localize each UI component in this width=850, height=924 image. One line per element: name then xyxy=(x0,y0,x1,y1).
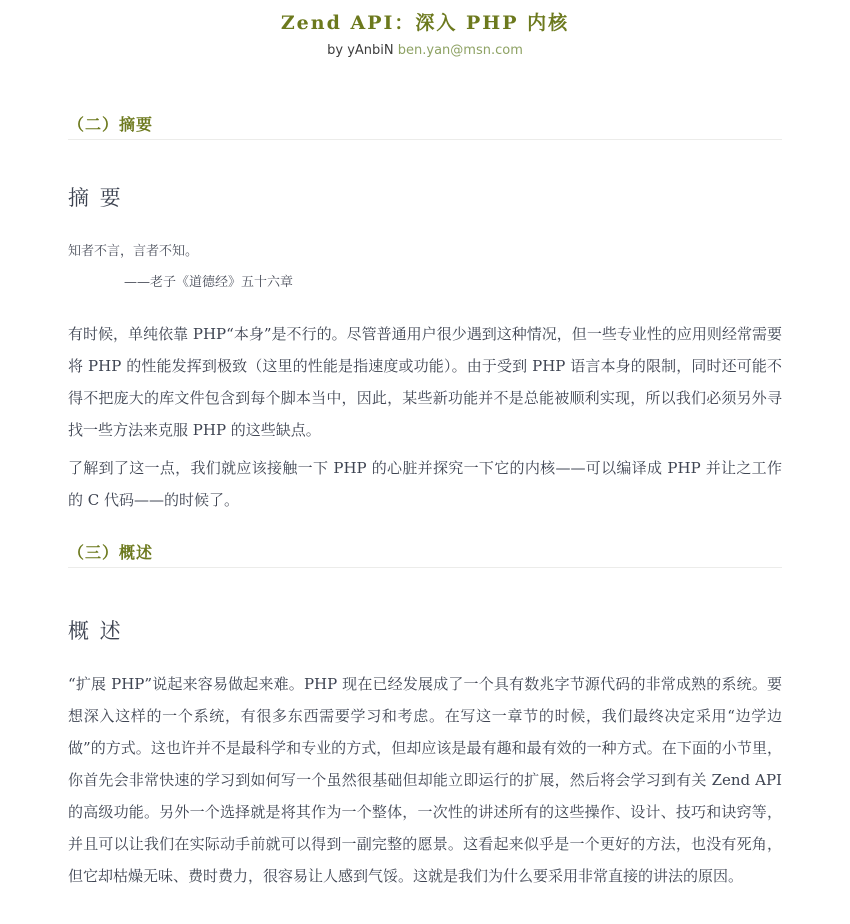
paragraph-abstract-2: 了解到了这一点，我们就应该接触一下 PHP 的心脏并探究一下它的内核——可以编译… xyxy=(68,452,782,516)
subsection-title-abstract: 摘 要 xyxy=(68,185,782,211)
paragraph-abstract-1: 有时候，单纯依靠 PHP“本身”是不行的。尽管普通用户很少遇到这种情况，但一些专… xyxy=(68,318,782,446)
page-title: Zend API：深入 PHP 内核 xyxy=(68,12,782,34)
paragraph-overview-1: “扩展 PHP”说起来容易做起来难。PHP 现在已经发展成了一个具有数兆字节源代… xyxy=(68,668,782,892)
section-heading-overview: （三）概述 xyxy=(68,543,782,568)
subsection-title-overview: 概 述 xyxy=(68,618,782,644)
author-email-link[interactable]: ben.yan@msn.com xyxy=(398,43,523,58)
quote-attribution: ——老子《道德经》五十六章 xyxy=(68,275,782,291)
section-abstract: （二）摘要 摘 要 知者不言，言者不知。 ——老子《道德经》五十六章 有时候，单… xyxy=(68,115,782,516)
byline: by yAnbiN ben.yan@msn.com xyxy=(68,43,782,59)
document-page: Zend API：深入 PHP 内核 by yAnbiN ben.yan@msn… xyxy=(0,12,850,892)
section-overview: （三）概述 概 述 “扩展 PHP”说起来容易做起来难。PHP 现在已经发展成了… xyxy=(68,543,782,892)
quote-text: 知者不言，言者不知。 xyxy=(68,244,782,260)
byline-author: by yAnbiN xyxy=(327,43,394,58)
section-heading-abstract: （二）摘要 xyxy=(68,115,782,140)
